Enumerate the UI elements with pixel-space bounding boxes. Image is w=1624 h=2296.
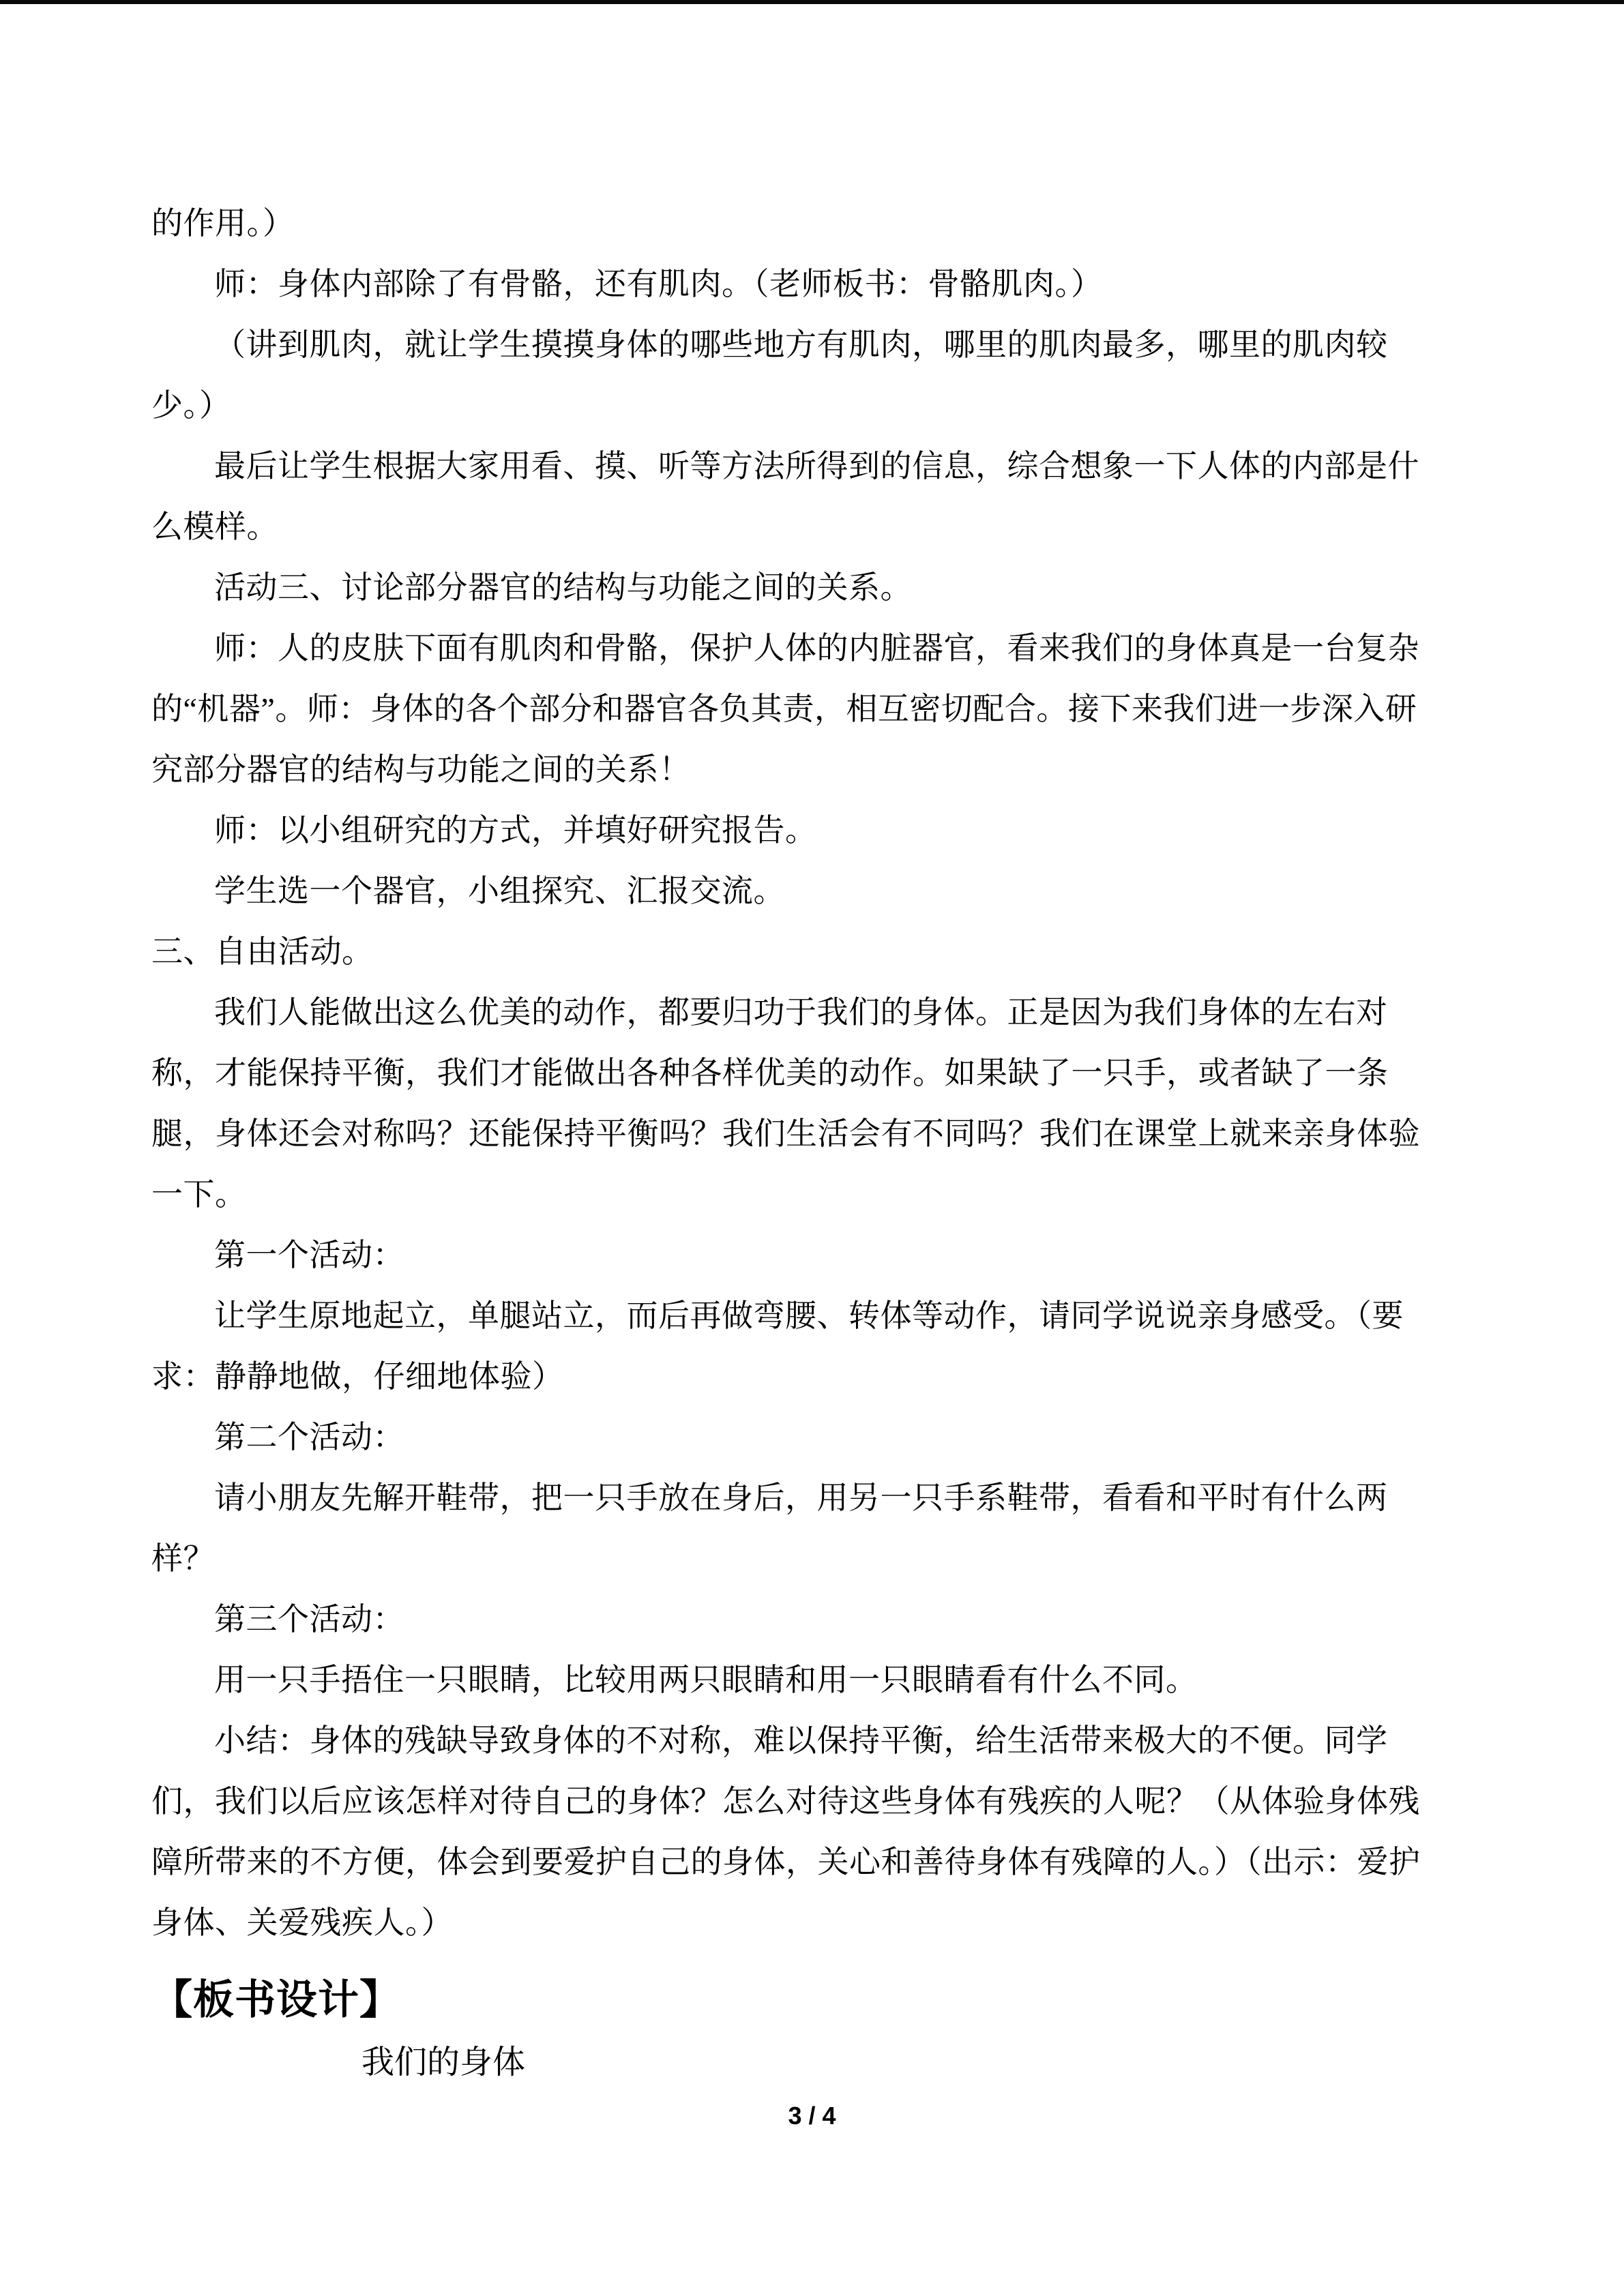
text-line: 么模样。 (151, 496, 1473, 557)
document-body: 的作用。）师：身体内部除了有骨骼，还有肌肉。（老师板书：骨骼肌肉。）（讲到肌肉，… (151, 193, 1473, 1953)
section-heading-board-design: 【板书设计】 (151, 1967, 401, 2026)
text-line: 一下。 (151, 1164, 1473, 1225)
board-title: 我们的身体 (361, 2044, 525, 2081)
text-line: 学生选一个器官，小组探究、汇报交流。 (151, 861, 1473, 921)
text-line: 障所带来的不方便，体会到要爱护自己的身体，关心和善待身体有残障的人。）（出示：爱… (151, 1832, 1473, 1892)
text-line: （讲到肌肉，就让学生摸摸身体的哪些地方有肌肉，哪里的肌肉最多，哪里的肌肉较 (151, 314, 1473, 375)
text-line: 称，才能保持平衡，我们才能做出各种各样优美的动作。如果缺了一只手，或者缺了一条 (151, 1043, 1473, 1103)
text-line: 请小朋友先解开鞋带，把一只手放在身后，用另一只手系鞋带，看看和平时有什么两 (151, 1467, 1473, 1528)
text-line: 求：静静地做，仔细地体验） (151, 1346, 1473, 1407)
text-line: 少。） (151, 375, 1473, 436)
text-line: 用一只手捂住一只眼睛，比较用两只眼睛和用一只眼睛看有什么不同。 (151, 1650, 1473, 1710)
text-line: 师：人的皮肤下面有肌肉和骨骼，保护人体的内脏器官，看来我们的身体真是一台复杂 (151, 618, 1473, 679)
text-line: 小结：身体的残缺导致身体的不对称，难以保持平衡，给生活带来极大的不便。同学 (151, 1710, 1473, 1771)
document-page: { "document": { "lines": [ { "text": "的作… (0, 0, 1624, 2296)
top-border-strip (0, 0, 1624, 4)
text-line: 活动三、讨论部分器官的结构与功能之间的关系。 (151, 557, 1473, 618)
text-line: 的作用。） (151, 193, 1473, 254)
page-number: 3 / 4 (0, 2102, 1624, 2130)
text-line: 第一个活动： (151, 1225, 1473, 1285)
text-line: 让学生原地起立，单腿站立，而后再做弯腰、转体等动作，请同学说说亲身感受。（要 (151, 1285, 1473, 1346)
text-line: 的“机器”。师：身体的各个部分和器官各负其责，相互密切配合。接下来我们进一步深入… (151, 679, 1473, 739)
text-line: 腿，身体还会对称吗？还能保持平衡吗？我们生活会有不同吗？我们在课堂上就来亲身体验 (151, 1103, 1473, 1164)
text-line: 身体、关爱残疾人。） (151, 1892, 1473, 1953)
text-line: 究部分器官的结构与功能之间的关系！ (151, 739, 1473, 800)
text-line: 三、自由活动。 (151, 921, 1473, 982)
text-line: 第二个活动： (151, 1407, 1473, 1467)
text-line: 我们人能做出这么优美的动作，都要归功于我们的身体。正是因为我们身体的左右对 (151, 982, 1473, 1043)
text-line: 师：身体内部除了有骨骼，还有肌肉。（老师板书：骨骼肌肉。） (151, 254, 1473, 314)
text-line: 样？ (151, 1528, 1473, 1589)
text-line: 们，我们以后应该怎样对待自己的身体？怎么对待这些身体有残疾的人呢？（从体验身体残 (151, 1771, 1473, 1832)
text-line: 师：以小组研究的方式，并填好研究报告。 (151, 800, 1473, 861)
text-line: 第三个活动： (151, 1589, 1473, 1650)
text-line: 最后让学生根据大家用看、摸、听等方法所得到的信息，综合想象一下人体的内部是什 (151, 436, 1473, 496)
